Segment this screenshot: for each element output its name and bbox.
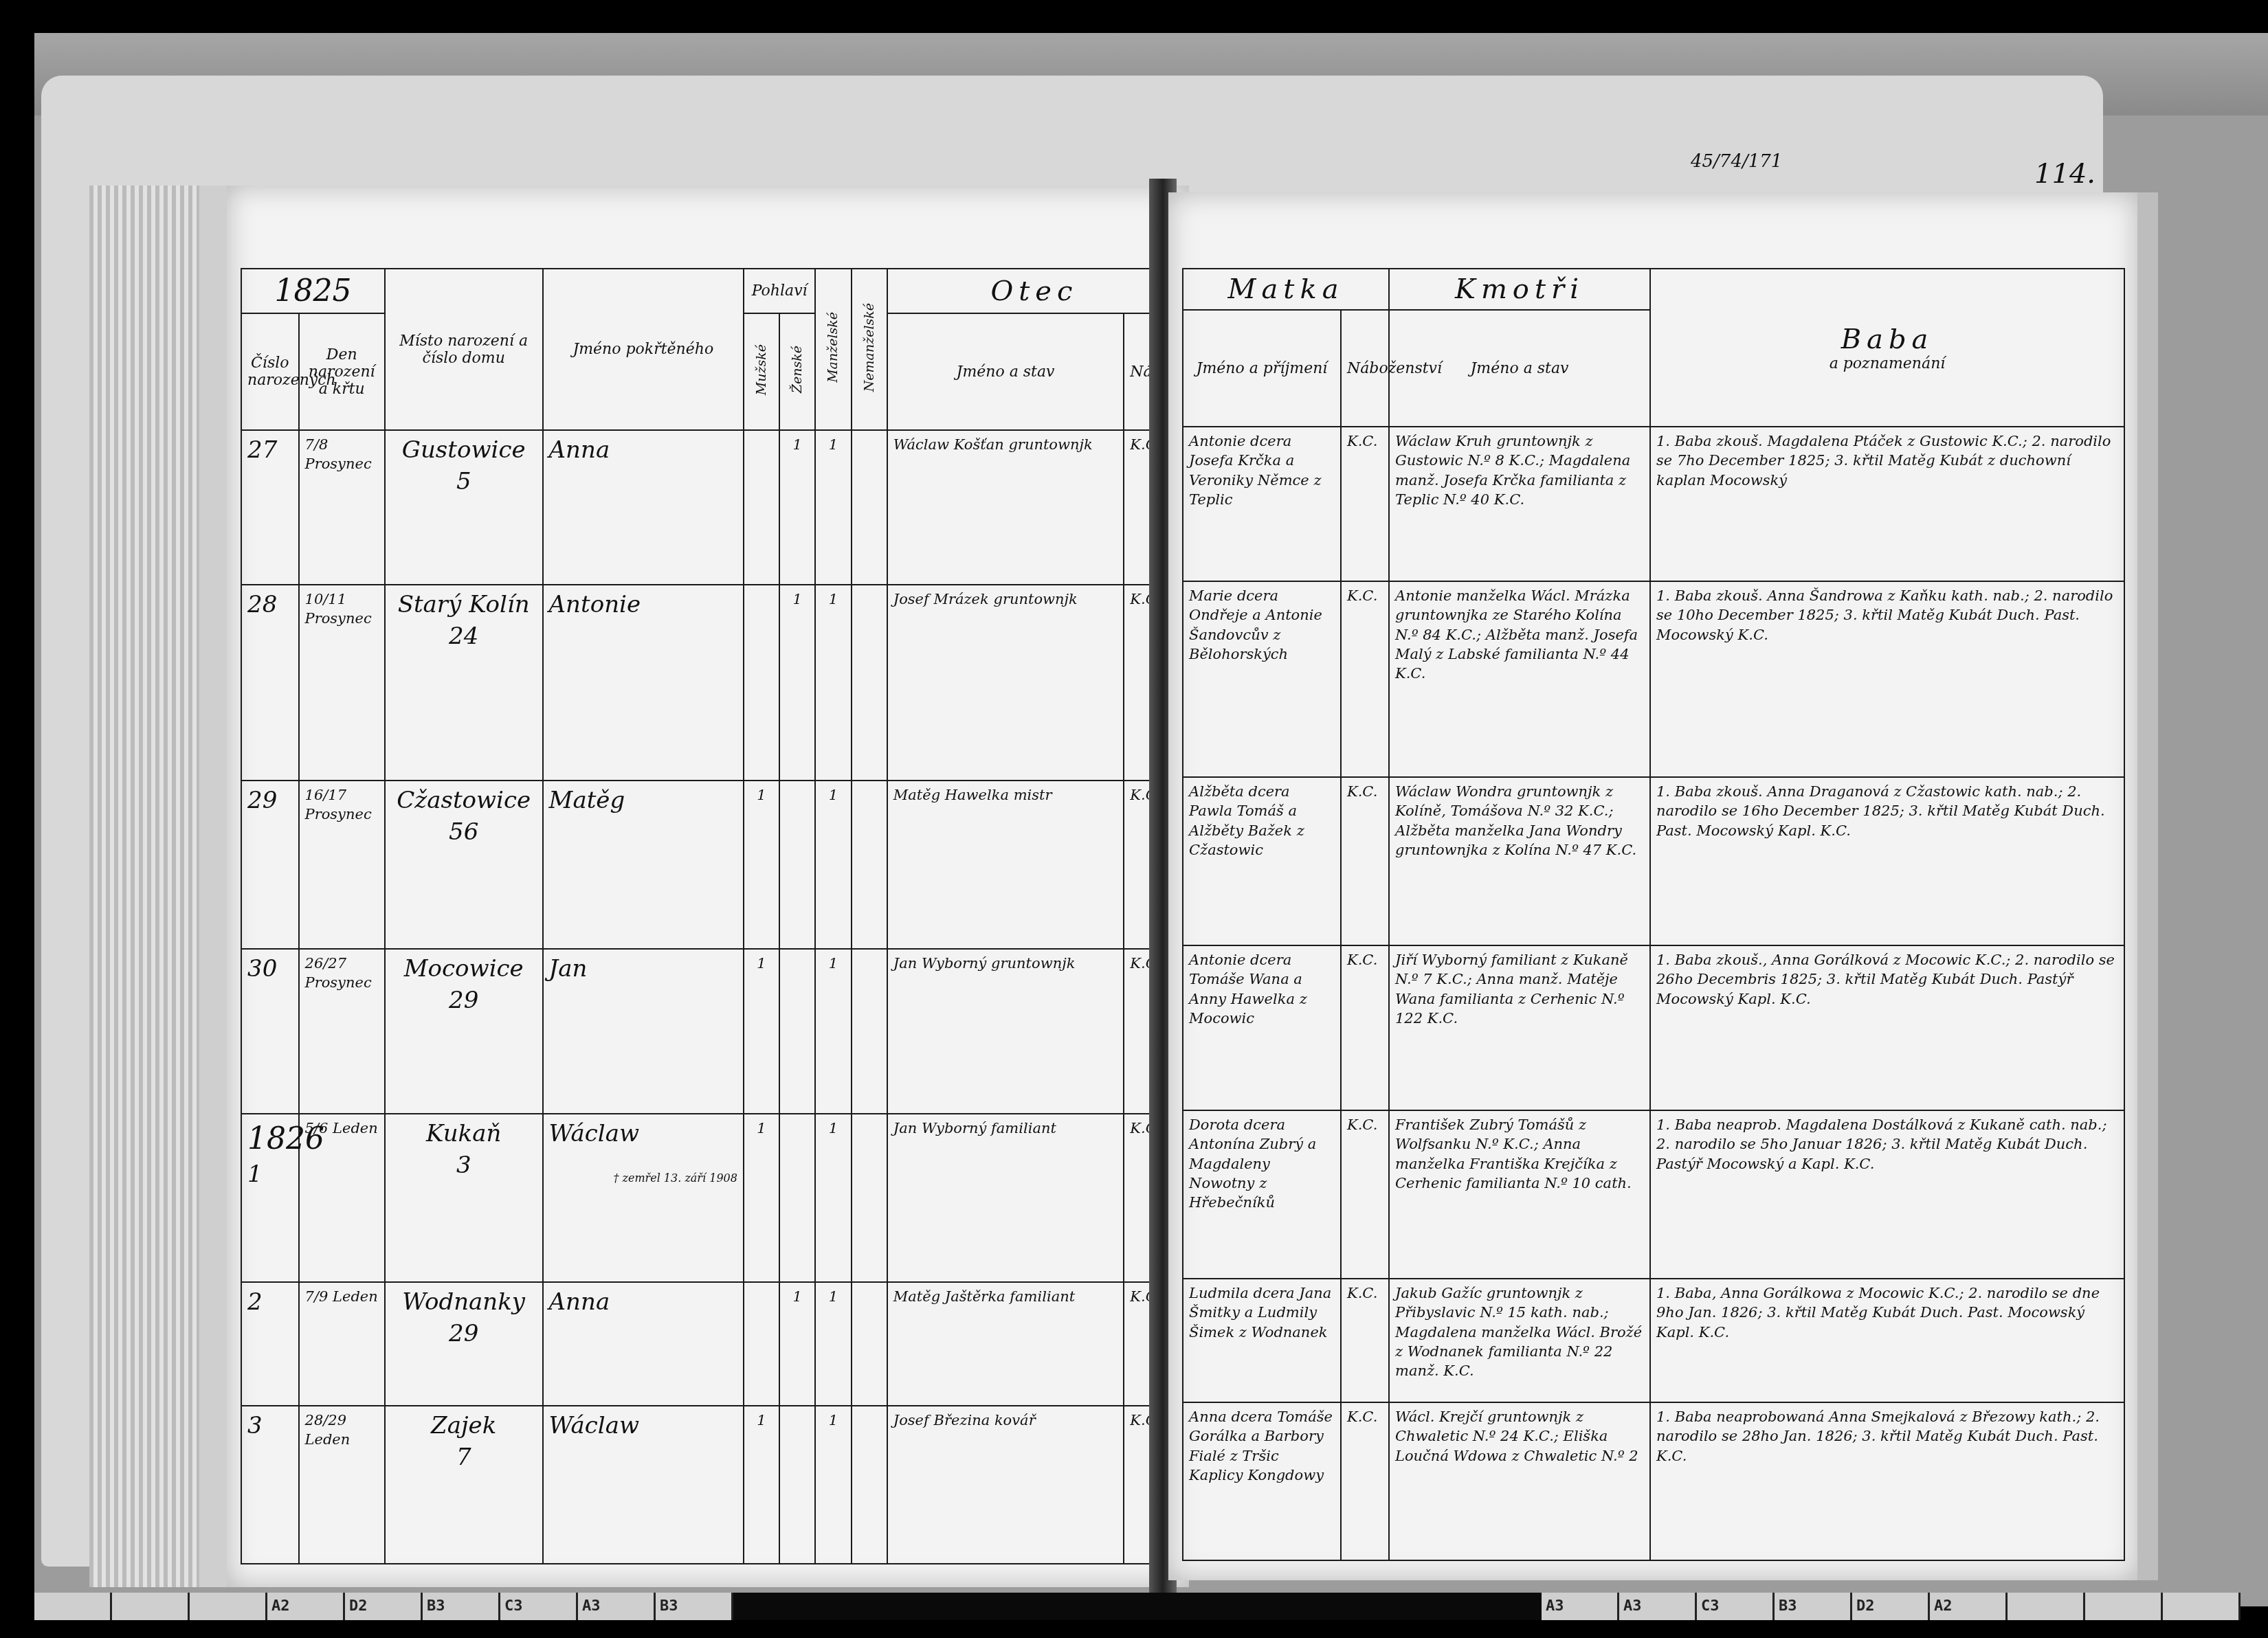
col-legitimate: Manželské: [825, 312, 841, 383]
col-father: Otec: [887, 269, 1181, 313]
col-birth-date: Den narození a křtu: [299, 313, 385, 430]
table-row: Marie dcera Ondřeje a Antonie Šandovcův …: [1183, 581, 2124, 777]
table-row: Alžběta dcera Pawla Tomáš a Alžběty Baže…: [1183, 777, 2124, 945]
col-illegitimate: Nemanželské: [862, 303, 877, 392]
year-header: 1825: [241, 269, 385, 313]
col-sex: Pohlaví: [744, 269, 815, 313]
left-register-table: 1825 Místo narození a číslo domu Jméno p…: [241, 268, 1182, 1564]
table-row: 2 7/9 Leden Wodnanky29 Anna 1 1 Matěg Ja…: [241, 1282, 1181, 1406]
table-row: 28 10/11 Prosynec Starý Kolín24 Antonie …: [241, 585, 1181, 781]
table-row: Antonie dcera Josefa Krčka a Veroniky Ně…: [1183, 427, 2124, 581]
left-page: 1825 Místo narození a číslo domu Jméno p…: [199, 186, 1189, 1587]
col-female: Ženské: [790, 346, 805, 393]
right-register-table: Matka Kmotři Babaa poznamenání Jméno a p…: [1182, 268, 2125, 1561]
col-mother-name: Jméno a příjmení: [1183, 310, 1341, 427]
table-row: 18261 5/6 Leden Kukaň3 Wáclaw† zemřel 13…: [241, 1114, 1181, 1282]
folio-number: 114.: [2034, 158, 2095, 190]
table-row: Anna dcera Tomáše Gorálka a Barbory Fial…: [1183, 1402, 2124, 1560]
col-male: Mužské: [754, 344, 769, 395]
table-row: Ludmila dcera Jana Šmitky a Ludmily Šime…: [1183, 1279, 2124, 1402]
table-row: 3 28/29 Leden Zajek7 Wáclaw 1 1 Josef Bř…: [241, 1406, 1181, 1564]
table-row: Antonie dcera Tomáše Wana a Anny Hawelka…: [1183, 945, 2124, 1110]
col-father-name: Jméno a stav: [887, 313, 1124, 430]
col-midwife: Baba: [1841, 324, 1934, 355]
col-godparents: Kmotři: [1389, 269, 1650, 310]
table-row: 27 7/8 Prosynec Gustowice5 Anna 1 1 Wácl…: [241, 430, 1181, 585]
col-place-house: Místo narození a číslo domu: [385, 269, 543, 430]
col-birth-number: Číslo narozených: [241, 313, 299, 430]
film-ruler-strip: A2 D2 B3 C3 A3 B3 A3 A3 C3 B3 D2 A2: [34, 1593, 2241, 1620]
table-row: 29 16/17 Prosynec Cžastowice56 Matěg 1 1…: [241, 781, 1181, 949]
table-row: Dorota dcera Antonína Zubrý a Magdaleny …: [1183, 1110, 2124, 1279]
page-edges: [89, 186, 206, 1587]
right-page: 45/74/171 114. Matka Kmotři Babaa poznam…: [1168, 192, 2158, 1580]
col-remarks: a poznamenání: [1830, 355, 1946, 372]
col-name: Jméno pokřtěného: [543, 269, 744, 430]
death-annotation: † zemřel 13. září 1908: [549, 1171, 737, 1186]
table-row: 30 26/27 Prosynec Mocowice29 Jan 1 1 Jan…: [241, 949, 1181, 1114]
col-mother-religion: Náboženství: [1341, 310, 1389, 427]
col-mother: Matka: [1183, 269, 1389, 310]
folio-fraction: 45/74/171: [1691, 151, 1782, 172]
register-book: 1825 Místo narození a číslo domu Jméno p…: [41, 76, 2103, 1567]
